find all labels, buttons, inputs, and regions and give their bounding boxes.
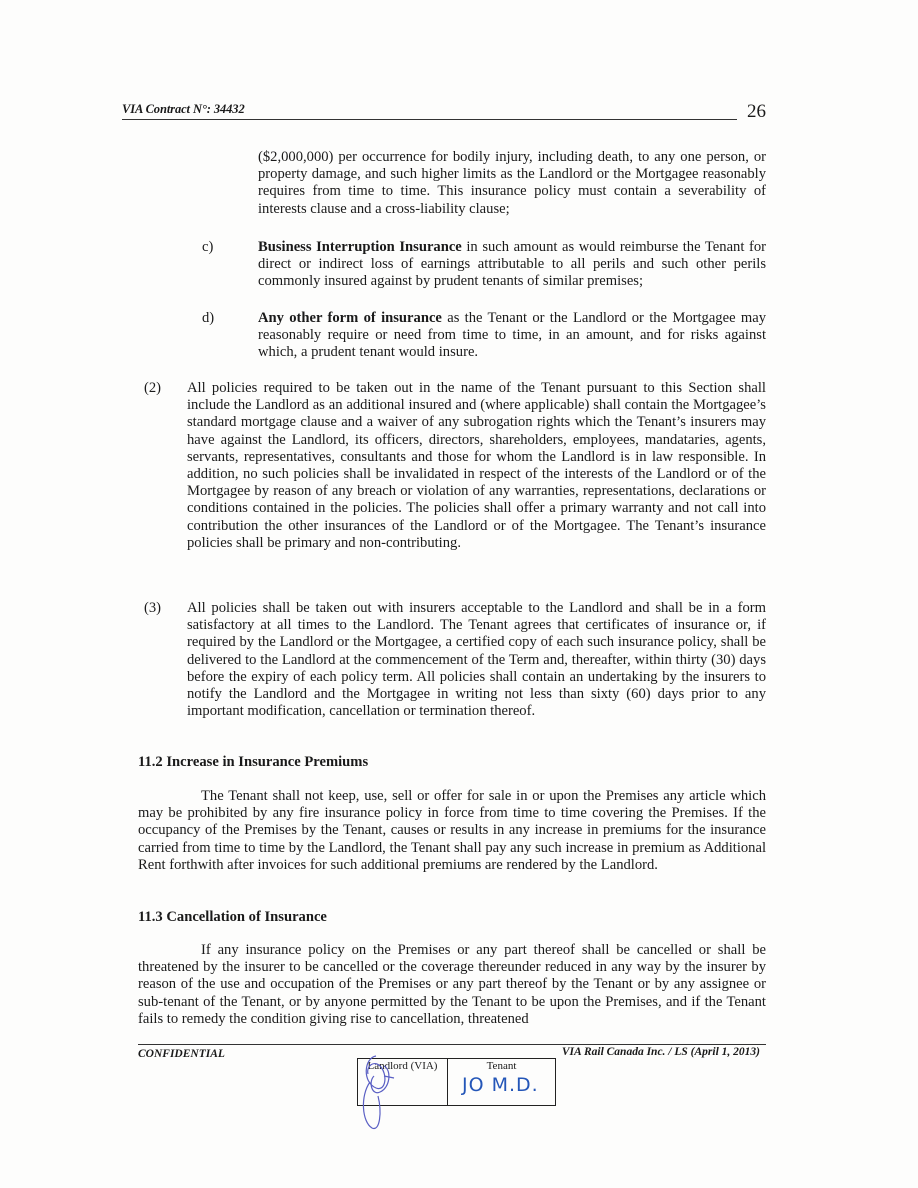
subsection-label-2: (2) <box>144 380 161 397</box>
landlord-signature-scribble-icon <box>354 1052 414 1132</box>
subsection-2: All policies required to be taken out in… <box>187 380 766 552</box>
tenant-initials: JO M.D. <box>462 1074 539 1096</box>
tenant-initials-cell: Tenant JO M.D. <box>448 1059 555 1105</box>
tenant-label: Tenant <box>448 1059 555 1072</box>
continuation-paragraph: ($2,000,000) per occurrence for bodily i… <box>258 149 766 218</box>
item-label-c: c) <box>202 239 213 256</box>
header-rule <box>122 119 737 120</box>
section-heading-11-3: 11.3 Cancellation of Insurance <box>138 909 327 926</box>
footer-company-version: VIA Rail Canada Inc. / LS (April 1, 2013… <box>562 1046 760 1058</box>
item-label-d: d) <box>202 310 214 327</box>
page-number: 26 <box>747 101 766 123</box>
confidential-label: CONFIDENTIAL <box>138 1048 225 1060</box>
item-lead: Any other form of insurance <box>258 310 442 326</box>
item-lead: Business Interruption Insurance <box>258 239 462 255</box>
subsection-label-3: (3) <box>144 600 161 617</box>
subsection-3: All policies shall be taken out with ins… <box>187 600 766 720</box>
page-header: VIA Contract N°: 34432 26 <box>122 100 766 122</box>
section-11-3-body: If any insurance policy on the Premises … <box>138 942 766 1028</box>
item-business-interruption: Business Interruption Insurance in such … <box>258 239 766 291</box>
item-other-insurance: Any other form of insurance as the Tenan… <box>258 310 766 362</box>
footer-rule <box>138 1044 766 1045</box>
section-heading-11-2: 11.2 Increase in Insurance Premiums <box>138 754 368 771</box>
contract-number: VIA Contract N°: 34432 <box>122 102 245 117</box>
section-11-2-body: The Tenant shall not keep, use, sell or … <box>138 788 766 874</box>
